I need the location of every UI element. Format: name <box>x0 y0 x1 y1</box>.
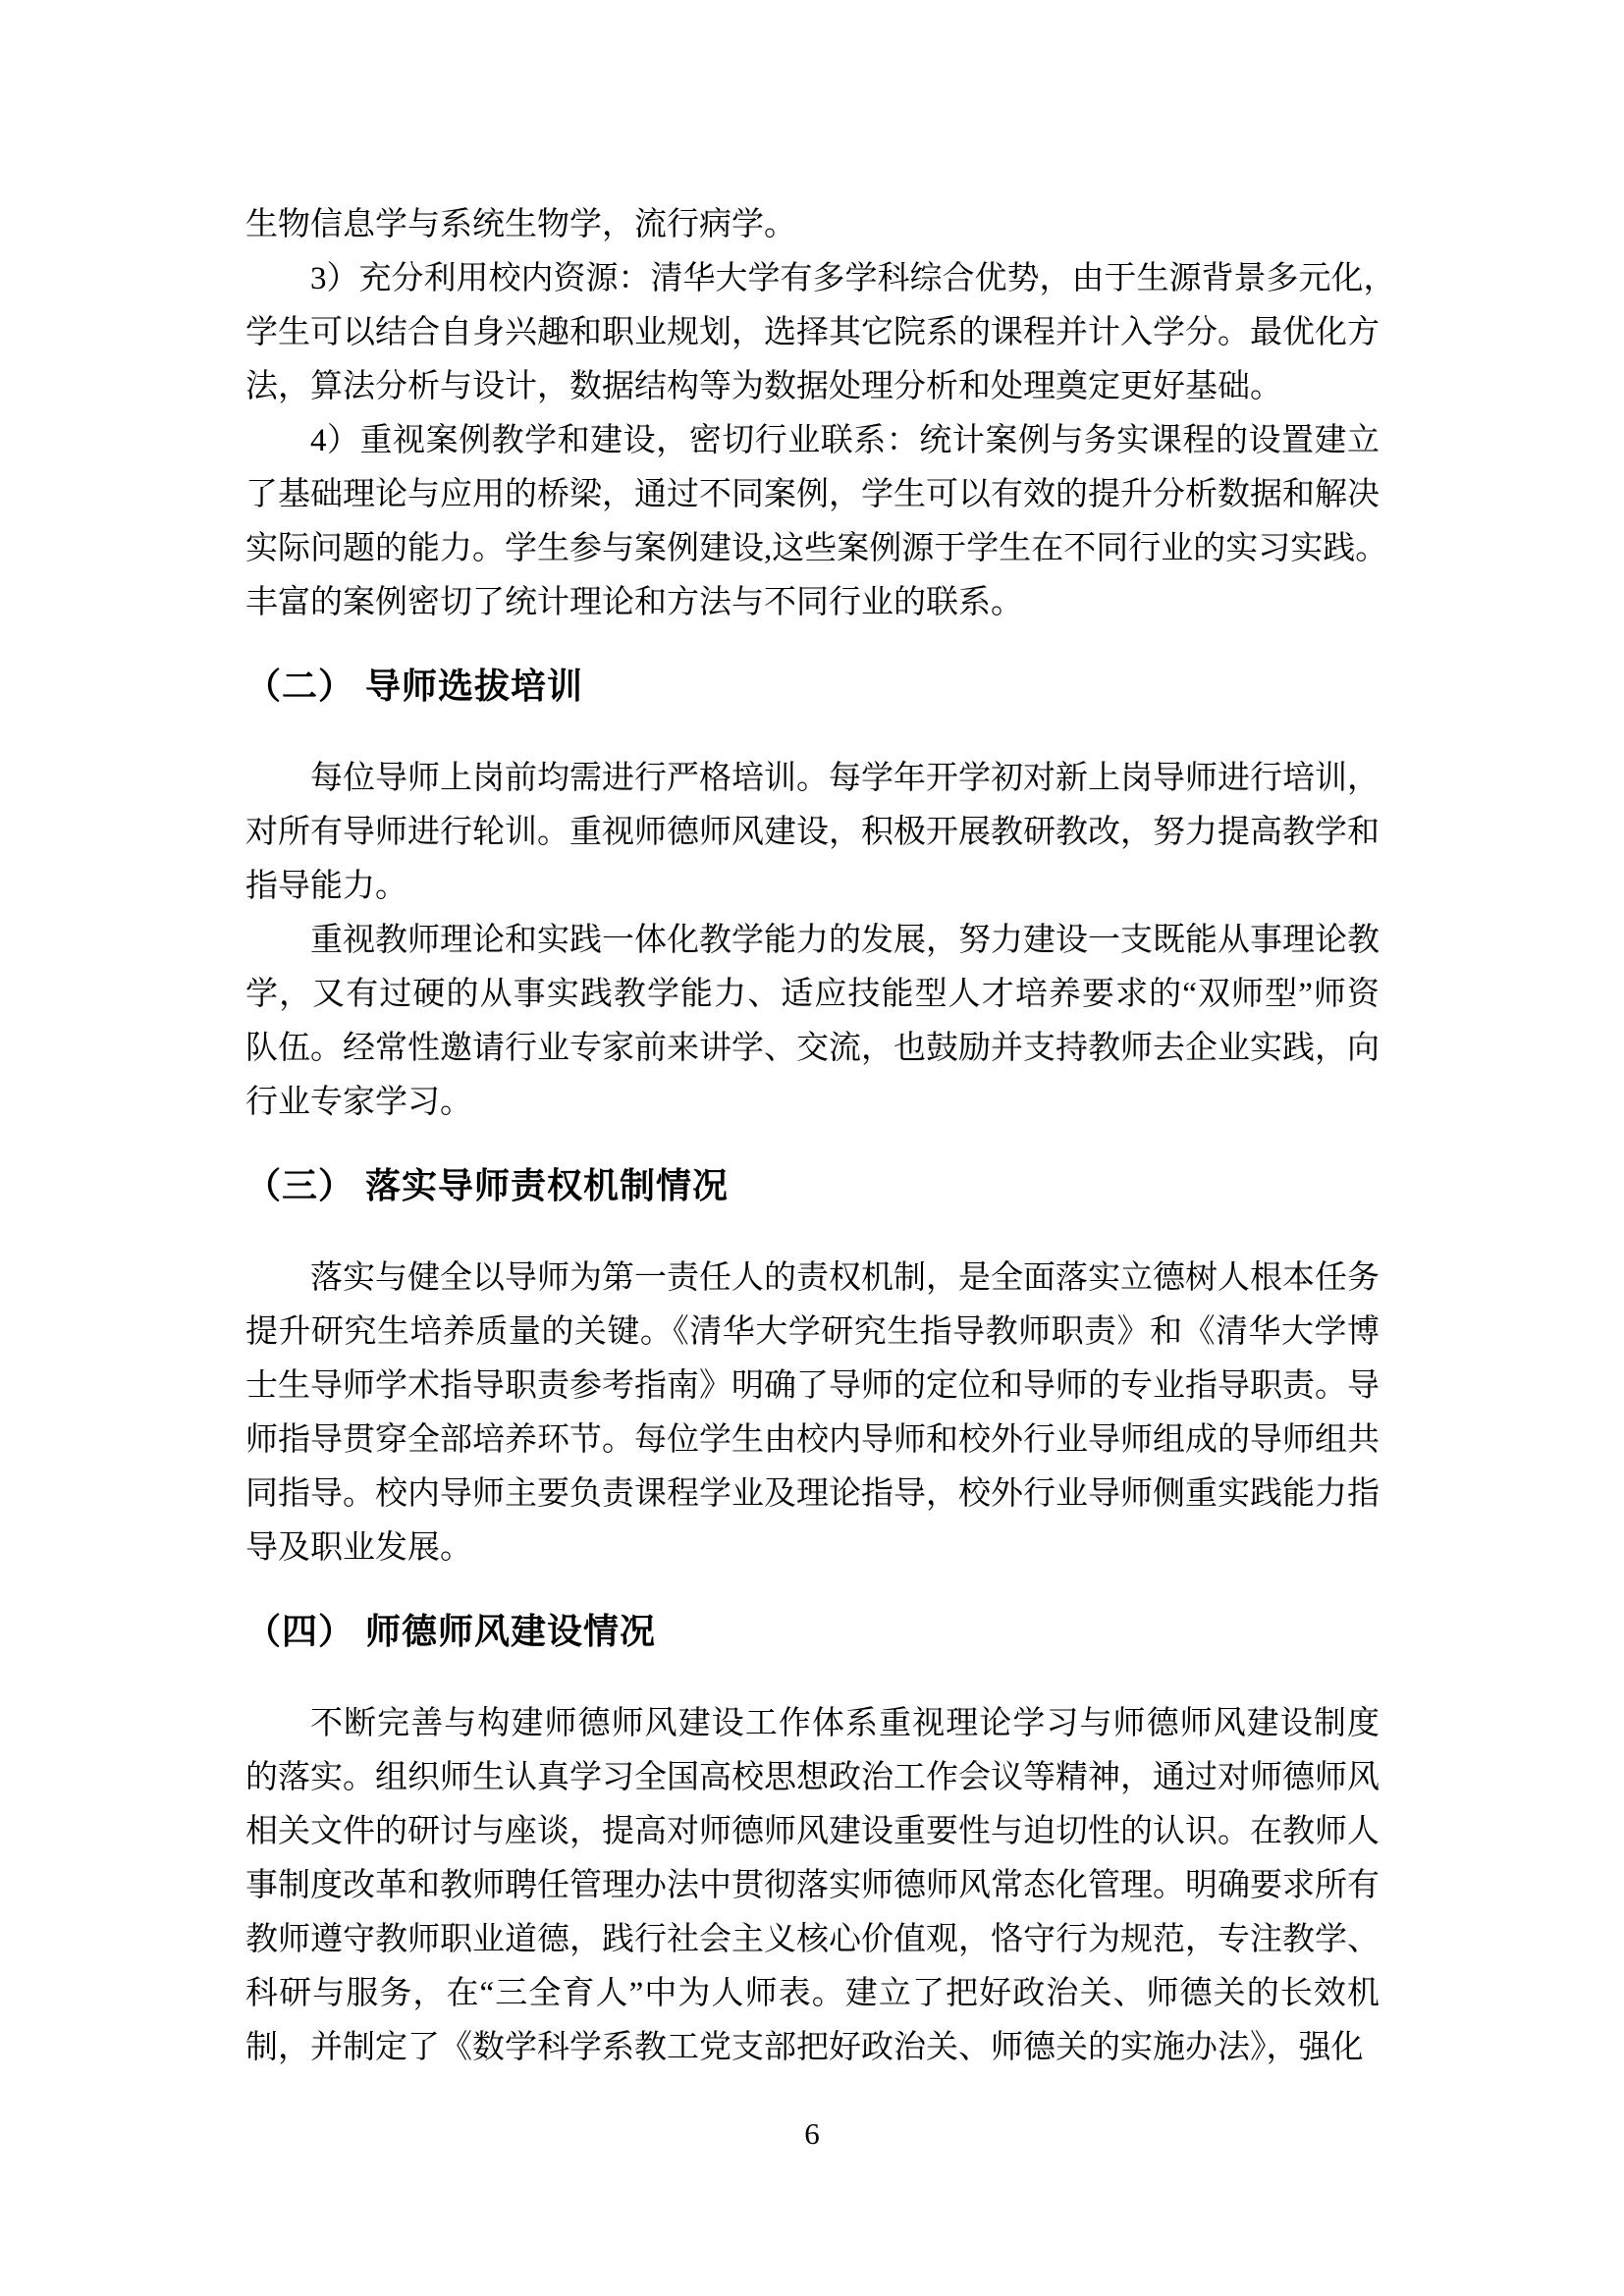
text-line: 重视教师理论和实践一体化教学能力的发展，努力建设一支既能从事理论教 <box>245 914 1380 968</box>
text-line: 科研与服务，在“三全育人”中为人师表。建立了把好政治关、师德关的长效机 <box>245 1967 1380 2021</box>
text-line: 师指导贯穿全部培养环节。每位学生由校内导师和校外行业导师组成的导师组共 <box>245 1414 1380 1468</box>
text-line: 学，又有过硬的从事实践教学能力、适应技能型人才培养要求的“双师型”师资 <box>245 968 1380 1022</box>
paragraph: 3）充分利用校内资源：清华大学有多学科综合优势，由于生源背景多元化，学生可以结合… <box>245 252 1380 414</box>
text-line: 相关文件的研讨与座谈，提高对师德师风建设重要性与迫切性的认识。在教师人 <box>245 1805 1380 1859</box>
text-line: 丰富的案例密切了统计理论和方法与不同行业的联系。 <box>245 576 1380 630</box>
text-line: 实际问题的能力。学生参与案例建设,这些案例源于学生在不同行业的实习实践。 <box>245 522 1380 576</box>
paragraph: 重视教师理论和实践一体化教学能力的发展，努力建设一支既能从事理论教学，又有过硬的… <box>245 914 1380 1130</box>
text-line: 学生可以结合自身兴趣和职业规划，选择其它院系的课程并计入学分。最优化方 <box>245 306 1380 360</box>
text-line: 生物信息学与系统生物学，流行病学。 <box>245 198 1380 252</box>
page-number: 6 <box>0 2114 1624 2154</box>
section-heading: （四） 师德师风建设情况 <box>245 1601 1380 1662</box>
text-line: 3）充分利用校内资源：清华大学有多学科综合优势，由于生源背景多元化， <box>245 252 1380 306</box>
paragraph: 落实与健全以导师为第一责任人的责权机制，是全面落实立德树人根本任务、提升研究生培… <box>245 1252 1380 1575</box>
text-line: 4）重视案例教学和建设，密切行业联系：统计案例与务实课程的设置建立 <box>245 414 1380 468</box>
text-line: 提升研究生培养质量的关键。《清华大学研究生指导教师职责》和《清华大学博 <box>245 1306 1380 1360</box>
text-line: 教师遵守教师职业道德，践行社会主义核心价值观，恪守行为规范，专注教学、 <box>245 1913 1380 1967</box>
document-page: { "page": { "number": "6", "background_c… <box>0 0 1624 2296</box>
paragraph: 不断完善与构建师德师风建设工作体系重视理论学习与师德师风建设制度的落实。组织师生… <box>245 1697 1380 2075</box>
text-line: 士生导师学术指导职责参考指南》明确了导师的定位和导师的专业指导职责。导 <box>245 1360 1380 1414</box>
text-line: 同指导。校内导师主要负责课程学业及理论指导，校外行业导师侧重实践能力指 <box>245 1468 1380 1522</box>
paragraph: 每位导师上岗前均需进行严格培训。每学年开学初对新上岗导师进行培训，对所有导师进行… <box>245 752 1380 914</box>
paragraph: 4）重视案例教学和建设，密切行业联系：统计案例与务实课程的设置建立了基础理论与应… <box>245 414 1380 630</box>
text-line: 事制度改革和教师聘任管理办法中贯彻落实师德师风常态化管理。明确要求所有 <box>245 1859 1380 1913</box>
text-line: 落实与健全以导师为第一责任人的责权机制，是全面落实立德树人根本任务、 <box>245 1252 1380 1306</box>
text-line: 指导能力。 <box>245 860 1380 914</box>
text-line: 导及职业发展。 <box>245 1522 1380 1575</box>
text-line: 了基础理论与应用的桥梁，通过不同案例，学生可以有效的提升分析数据和解决 <box>245 468 1380 522</box>
text-line: 对所有导师进行轮训。重视师德师风建设，积极开展教研教改，努力提高教学和 <box>245 806 1380 860</box>
text-line: 制，并制定了《数学科学系教工党支部把好政治关、师德关的实施办法》，强化 <box>245 2021 1380 2075</box>
text-line: 法，算法分析与设计，数据结构等为数据处理分析和处理奠定更好基础。 <box>245 360 1380 414</box>
section-heading: （三） 落实导师责权机制情况 <box>245 1155 1380 1216</box>
paragraph: 生物信息学与系统生物学，流行病学。 <box>245 198 1380 252</box>
text-line: 行业专家学习。 <box>245 1076 1380 1130</box>
text-line: 不断完善与构建师德师风建设工作体系重视理论学习与师德师风建设制度 <box>245 1697 1380 1751</box>
document-body: 生物信息学与系统生物学，流行病学。3）充分利用校内资源：清华大学有多学科综合优势… <box>0 0 1624 2075</box>
text-line: 每位导师上岗前均需进行严格培训。每学年开学初对新上岗导师进行培训， <box>245 752 1380 806</box>
section-heading: （二） 导师选拔培训 <box>245 656 1380 717</box>
text-line: 队伍。经常性邀请行业专家前来讲学、交流，也鼓励并支持教师去企业实践，向 <box>245 1022 1380 1076</box>
text-line: 的落实。组织师生认真学习全国高校思想政治工作会议等精神，通过对师德师风 <box>245 1751 1380 1805</box>
